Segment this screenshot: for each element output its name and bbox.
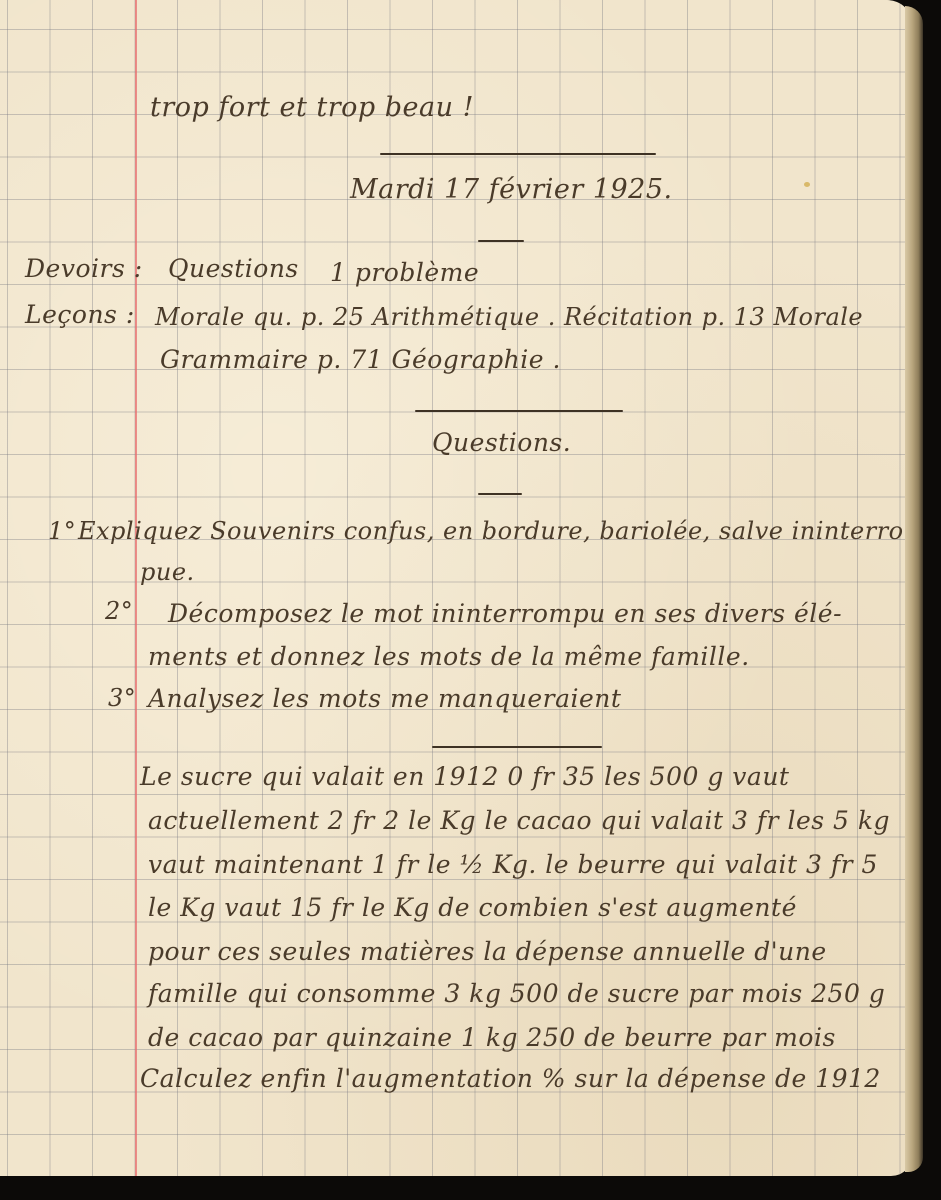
problem-line-5: pour ces seules matières la dépense annu…	[148, 937, 827, 966]
separator-rule	[432, 746, 602, 748]
question-3-line-1: Analysez les mots me manqueraient	[148, 684, 621, 713]
devoirs-label: Devoirs :	[25, 254, 143, 283]
problem-line-3: vaut maintenant 1 fr le ½ Kg. le beurre …	[148, 850, 878, 879]
lecons-label: Leçons :	[25, 300, 135, 329]
question-1-line-1: Expliquez Souvenirs confus, en bordure, …	[78, 517, 913, 545]
short-rule	[478, 240, 524, 242]
opening-line: trop fort et trop beau !	[150, 92, 474, 123]
question-2-line-1: Décomposez le mot ininterrompu en ses di…	[168, 599, 842, 628]
lecons-line-1: Morale qu. p. 25 Arithmétique . Récitati…	[155, 303, 863, 331]
notebook-page: trop fort et trop beau ! Mardi 17 févrie…	[0, 0, 913, 1176]
stacked-page-edge	[905, 6, 923, 1172]
question-2-line-2: ments et donnez les mots de la même fami…	[148, 642, 750, 671]
separator-rule	[415, 410, 623, 412]
devoirs-item-probleme: 1 problème	[330, 258, 479, 287]
red-margin-line	[135, 0, 137, 1176]
problem-line-6: famille qui consomme 3 kg 500 de sucre p…	[148, 979, 885, 1008]
problem-line-7: de cacao par quinzaine 1 kg 250 de beurr…	[148, 1023, 836, 1052]
problem-line-4: le Kg vaut 15 fr le Kg de combien s'est …	[148, 893, 797, 922]
paper-stain	[804, 182, 810, 187]
problem-line-1: Le sucre qui valait en 1912 0 fr 35 les …	[140, 762, 789, 791]
problem-line-8: Calculez enfin l'augmentation % sur la d…	[140, 1064, 881, 1093]
short-rule	[478, 493, 522, 495]
problem-line-2: actuellement 2 fr 2 le Kg le cacao qui v…	[148, 806, 890, 835]
question-2-number: 2°	[105, 597, 133, 625]
question-3-number: 3°	[108, 684, 136, 712]
devoirs-item-questions: Questions	[168, 254, 299, 283]
date-heading: Mardi 17 février 1925.	[350, 174, 673, 205]
separator-rule	[380, 153, 656, 155]
question-1-line-2: pue.	[140, 558, 195, 586]
question-1-number: 1°	[48, 517, 76, 545]
lecons-line-2: Grammaire p. 71 Géographie .	[160, 345, 561, 374]
questions-title: Questions.	[432, 428, 571, 457]
